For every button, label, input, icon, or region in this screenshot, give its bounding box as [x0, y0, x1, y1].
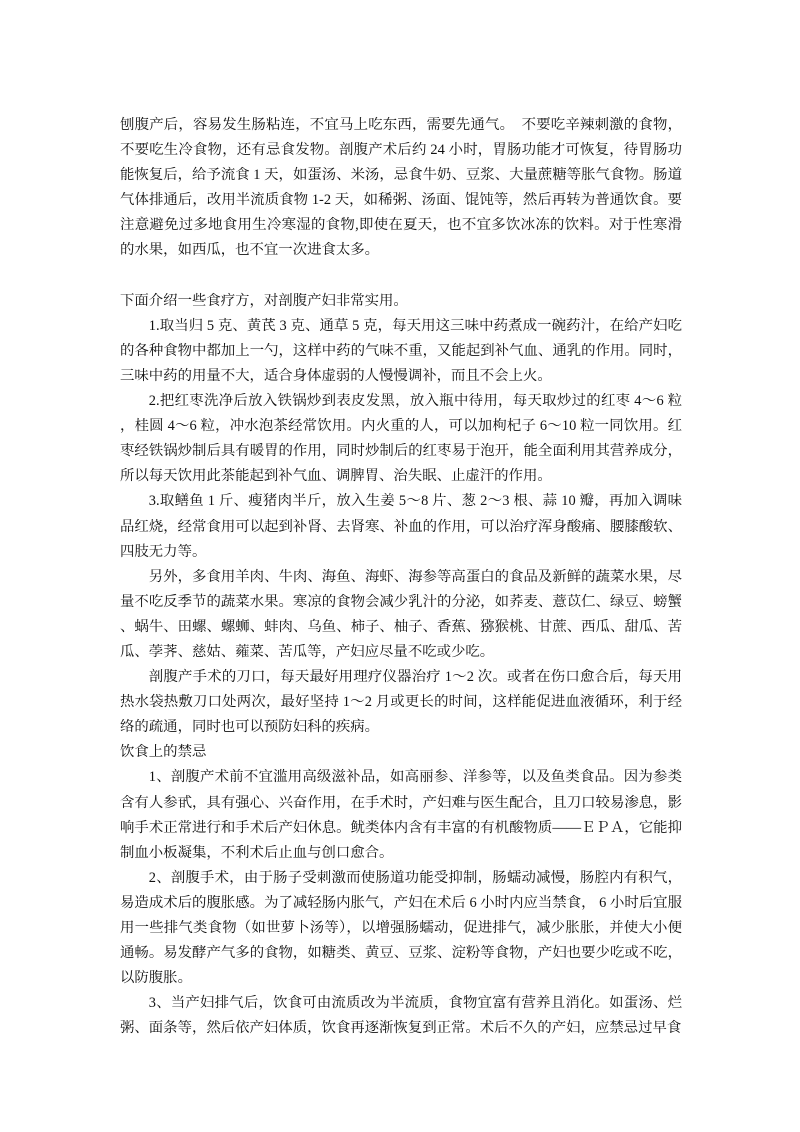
document-body: 刨腹产后，容易发生肠粘连，不宜马上吃东西，需要先通气。 不要吃辛辣刺激的食物，不… — [120, 113, 682, 1041]
blank-line — [120, 264, 682, 289]
paragraph: 下面介绍一些食疗方，对剖腹产妇非常实用。 — [120, 289, 682, 314]
paragraph: 3.取鳝鱼 1 斤、瘦猪肉半斤，放入生姜 5～8 片、葱 2～3 根、蒜 10 … — [120, 489, 682, 564]
paragraph: 刨腹产后，容易发生肠粘连，不宜马上吃东西，需要先通气。 不要吃辛辣刺激的食物，不… — [120, 113, 682, 264]
paragraph: 另外，多食用羊肉、牛肉、海鱼、海虾、海参等高蛋白的食品及新鲜的蔬菜水果，尽量不吃… — [120, 565, 682, 665]
paragraph: 2、剖腹手术，由于肠子受刺激而使肠道功能受抑制，肠蠕动减慢，肠腔内有积气，易造成… — [120, 866, 682, 991]
paragraph: 3、当产妇排气后，饮食可由流质改为半流质，食物宜富有营养且消化。如蛋汤、烂粥、面… — [120, 991, 682, 1041]
paragraph: 1、剖腹产术前不宜滥用高级滋补品，如高丽参、洋参等，以及鱼类食品。因为参类含有人… — [120, 765, 682, 865]
document-page: 刨腹产后，容易发生肠粘连，不宜马上吃东西，需要先通气。 不要吃辛辣刺激的食物，不… — [0, 0, 800, 1132]
paragraph: 剖腹产手术的刀口，每天最好用理疗仪器治疗 1～2 次。或者在伤口愈合后，每天用热… — [120, 665, 682, 740]
paragraph: 2.把红枣洗净后放入铁锅炒到表皮发黑，放入瓶中待用，每天取炒过的红枣 4～6 粒… — [120, 389, 682, 489]
paragraph: 饮食上的禁忌 — [120, 740, 682, 765]
paragraph: 1.取当归 5 克、黄芪 3 克、通草 5 克，每天用这三味中药煮成一碗药汁，在… — [120, 314, 682, 389]
